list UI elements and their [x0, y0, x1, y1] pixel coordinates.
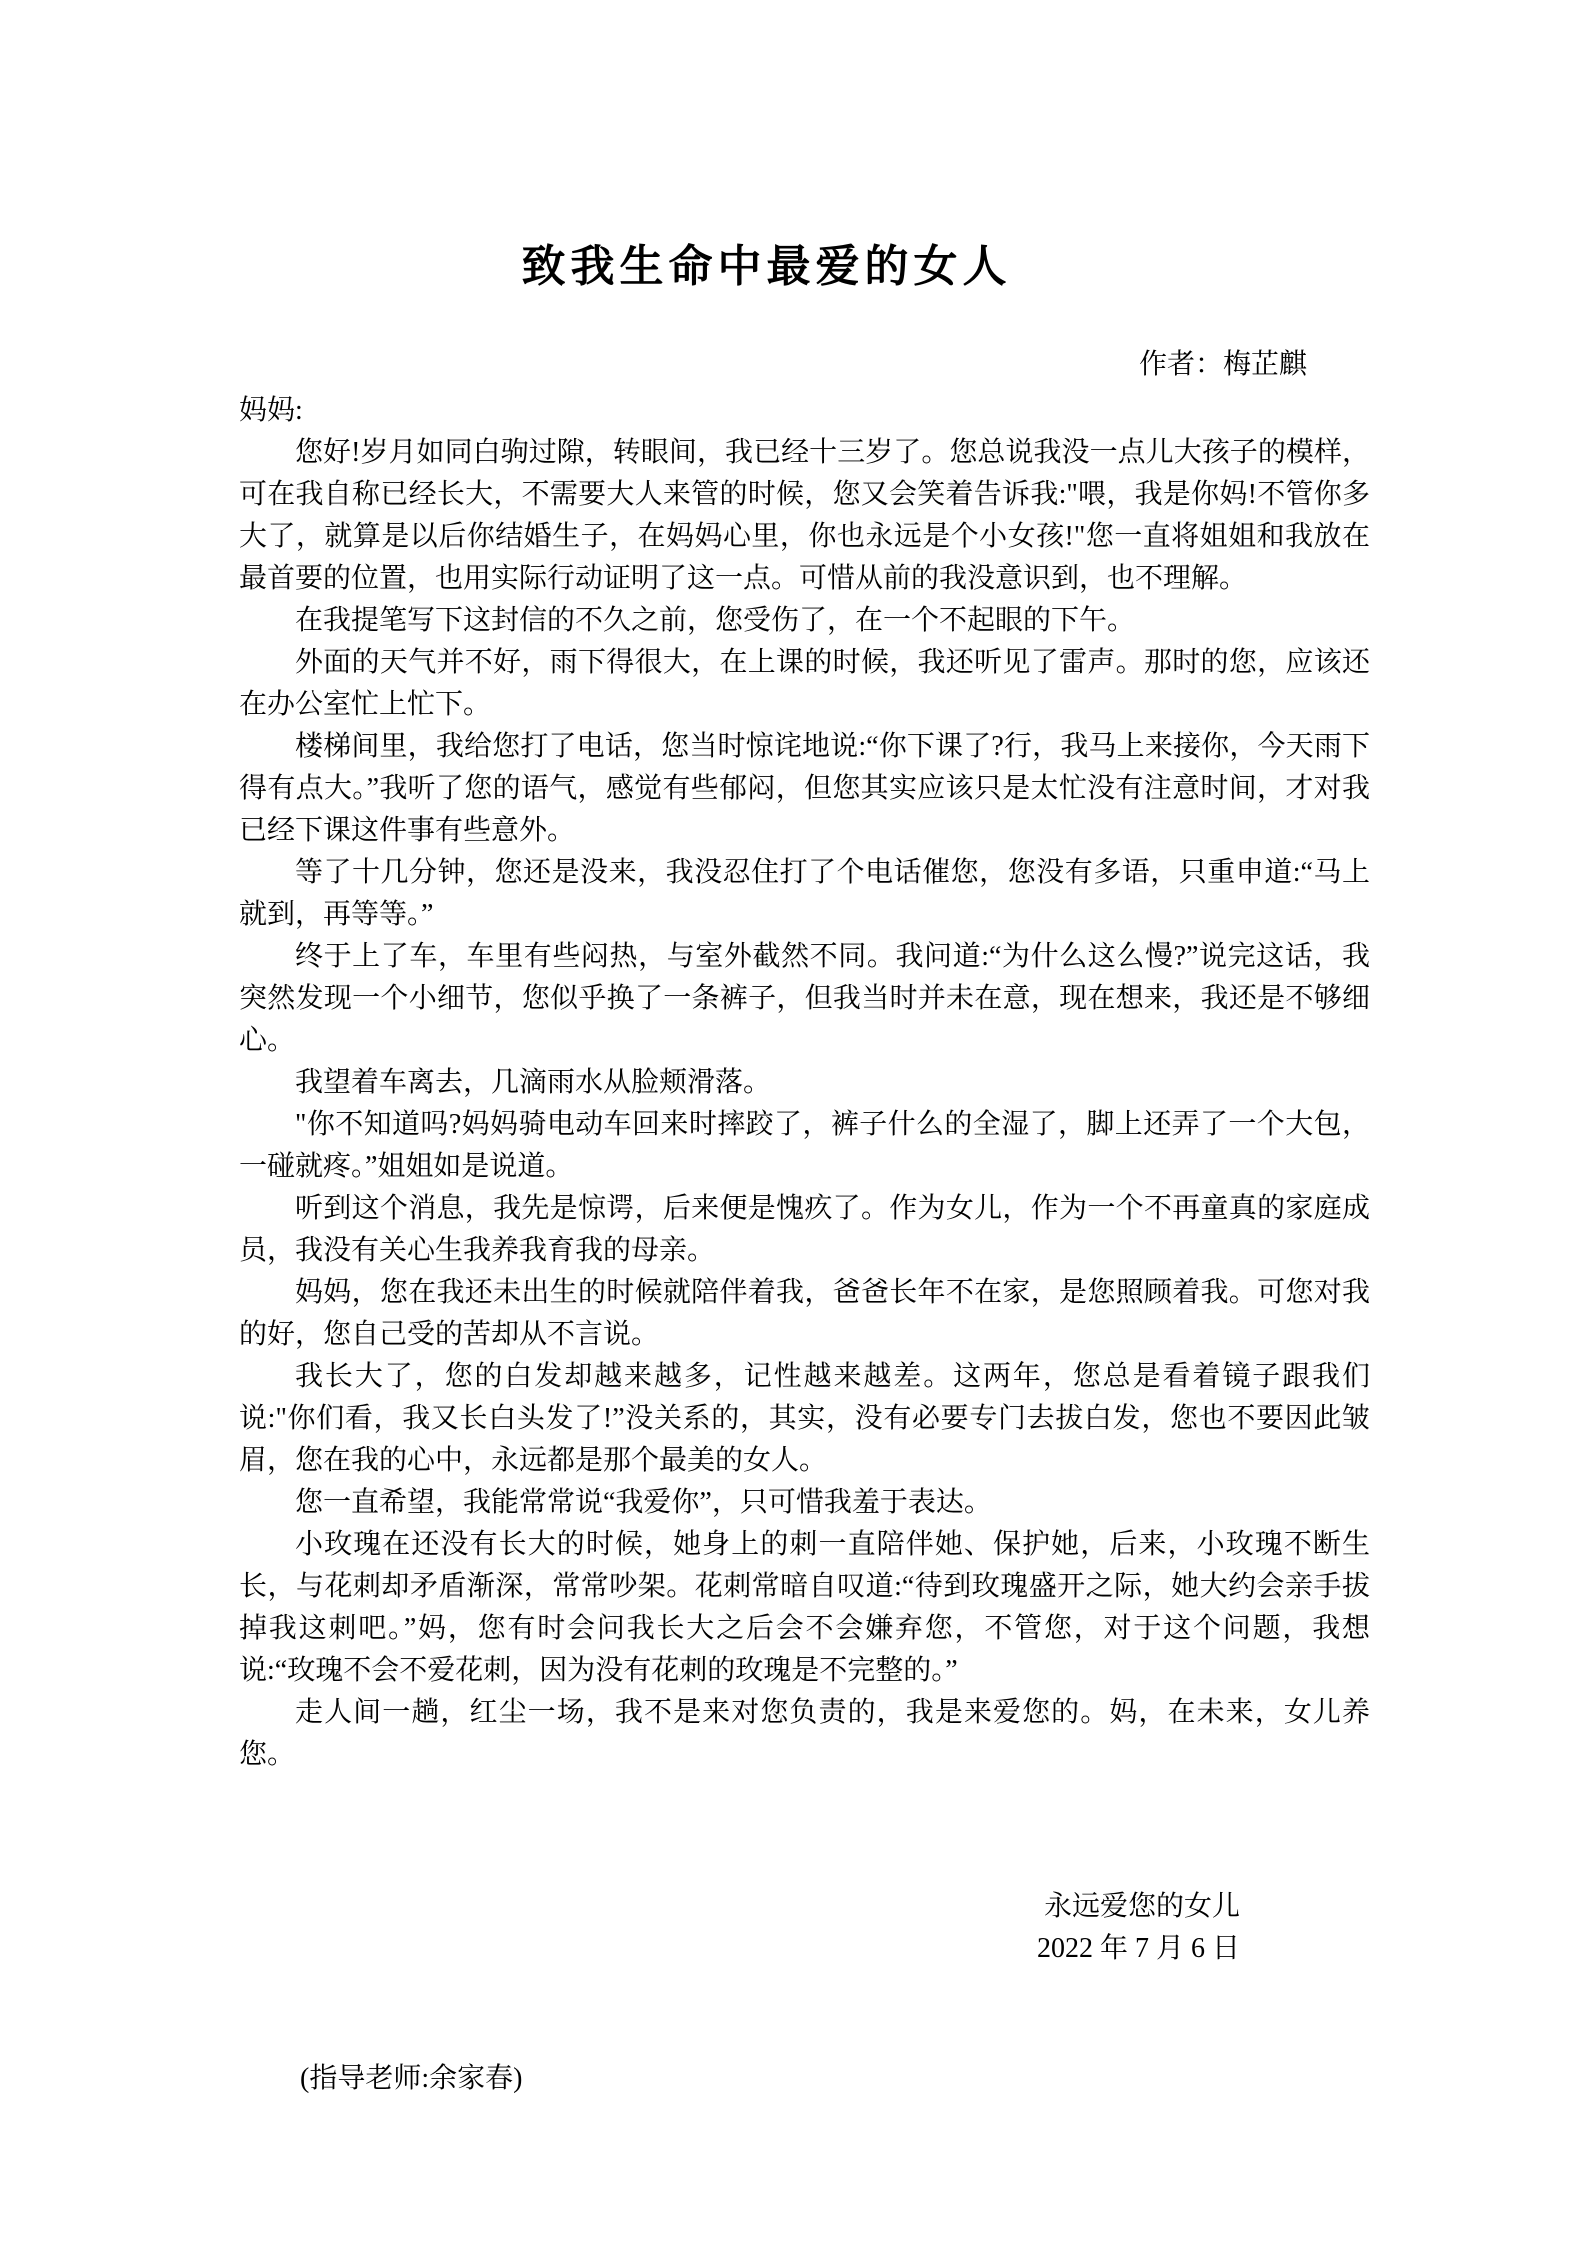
document-content: 致我生命中最爱的女人 作者：梅芷麒 妈妈: 您好!岁月如同白驹过隙，转眼间，我已…: [239, 0, 1370, 2100]
salutation: 妈妈:: [239, 390, 1370, 432]
letter-body: 妈妈: 您好!岁月如同白驹过隙，转眼间，我已经十三岁了。您总说我没一点儿大孩子的…: [239, 390, 1370, 1776]
teacher-credit: (指导老师:余家春): [300, 2058, 1370, 2100]
body-paragraph: 在我提笔写下这封信的不久之前，您受伤了，在一个不起眼的下午。: [239, 600, 1370, 642]
signature-date: 2022 年 7 月 6 日: [239, 1928, 1240, 1970]
body-paragraph: 终于上了车，车里有些闷热，与室外截然不同。我问道:“为什么这么慢?”说完这话，我…: [239, 936, 1370, 1062]
author-line: 作者：梅芷麒: [239, 344, 1307, 386]
body-paragraph: 您一直希望，我能常常说“我爱你”，只可惜我羞于表达。: [239, 1482, 1370, 1524]
body-paragraph: 听到这个消息，我先是惊谔，后来便是愧疚了。作为女儿，作为一个不再童真的家庭成员，…: [239, 1188, 1370, 1272]
body-paragraph: 走人间一趟，红尘一场，我不是来对您负责的，我是来爱您的。妈，在未来，女儿养您。: [239, 1692, 1370, 1776]
document-page: 致我生命中最爱的女人 作者：梅芷麒 妈妈: 您好!岁月如同白驹过隙，转眼间，我已…: [0, 0, 1587, 2245]
body-paragraph: "你不知道吗?妈妈骑电动车回来时摔跤了，裤子什么的全湿了，脚上还弄了一个大包，一…: [239, 1104, 1370, 1188]
signature-closing: 永远爱您的女儿: [239, 1886, 1240, 1928]
page-title: 致我生命中最爱的女人: [239, 0, 1294, 294]
body-paragraph: 我长大了，您的白发却越来越多，记性越来越差。这两年，您总是看着镜子跟我们说:"你…: [239, 1356, 1370, 1482]
body-paragraph: 小玫瑰在还没有长大的时候，她身上的刺一直陪伴她、保护她，后来，小玫瑰不断生长，与…: [239, 1524, 1370, 1692]
body-paragraph: 您好!岁月如同白驹过隙，转眼间，我已经十三岁了。您总说我没一点儿大孩子的模样，可…: [239, 432, 1370, 600]
body-paragraph: 楼梯间里，我给您打了电话，您当时惊诧地说:“你下课了?行，我马上来接你，今天雨下…: [239, 726, 1370, 852]
signature-block: 永远爱您的女儿 2022 年 7 月 6 日: [239, 1886, 1240, 1970]
body-paragraph: 等了十几分钟，您还是没来，我没忍住打了个电话催您，您没有多语，只重申道:“马上就…: [239, 852, 1370, 936]
body-paragraph: 我望着车离去，几滴雨水从脸颊滑落。: [239, 1062, 1370, 1104]
body-paragraph: 外面的天气并不好，雨下得很大，在上课的时候，我还听见了雷声。那时的您，应该还在办…: [239, 642, 1370, 726]
body-paragraph: 妈妈，您在我还未出生的时候就陪伴着我，爸爸长年不在家，是您照顾着我。可您对我的好…: [239, 1272, 1370, 1356]
